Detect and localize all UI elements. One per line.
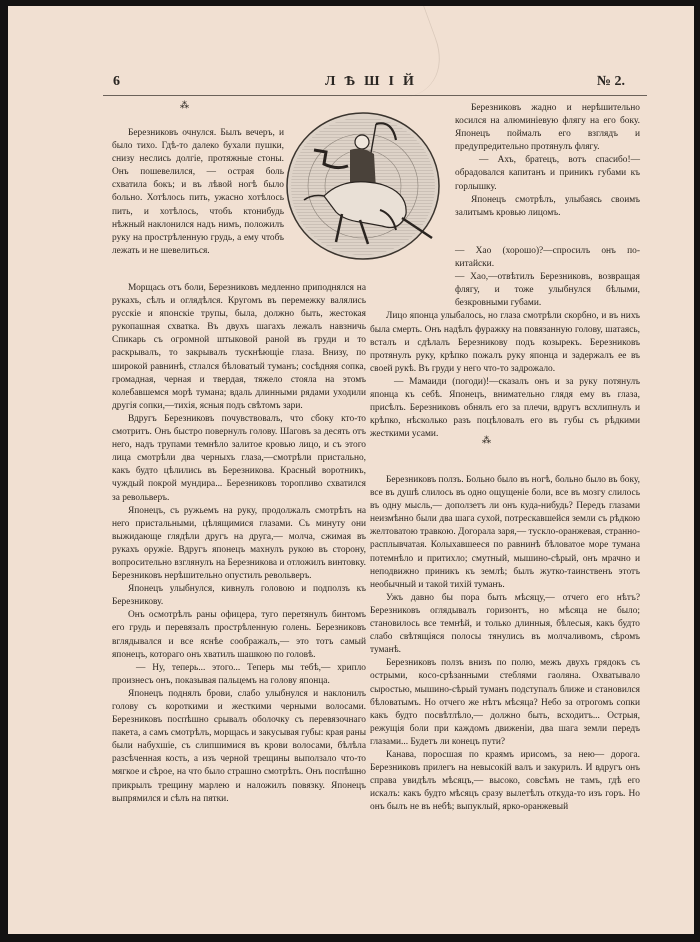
death-riding-bull-illustration: [284, 110, 442, 262]
right-column-main: — Хао (хорошо)?—спросилъ онъ по-китайски…: [370, 245, 640, 441]
paragraph: Березниковъ очнулся. Былъ вечеръ, и было…: [112, 127, 284, 258]
paragraph: Ужъ давно бы пора быть мѣсяцу,— отчего е…: [370, 592, 640, 657]
paragraph: Березниковъ жадно и нерѣшительно косился…: [455, 102, 640, 154]
paragraph: Японецъ улыбнулся, кивнулъ головою и под…: [112, 583, 366, 609]
paragraph: Онъ осмотрѣлъ раны офицера, туго перетян…: [112, 609, 366, 661]
paragraph: Японецъ поднялъ брови, слабо улыбнулся и…: [112, 688, 366, 806]
right-column-section-two: Березниковъ ползъ. Больно было въ ногѣ, …: [370, 474, 640, 814]
dialog-paragraph: — Хао (хорошо)?—спросилъ онъ по-китайски…: [370, 245, 640, 271]
dialog-paragraph: — Хао,—отвѣтилъ Березниковъ, возвращая ф…: [370, 271, 640, 310]
issue-number: № 2.: [597, 74, 625, 90]
paragraph: Вдругъ Березниковъ почувствовалъ, что сб…: [112, 413, 366, 505]
journal-title: ЛѢШІЙ: [325, 74, 423, 90]
dialog-paragraph: — Мамаиди (погоди)!—сказалъ онъ и за рук…: [370, 376, 640, 441]
page-number: 6: [113, 74, 120, 90]
paragraph: Лицо японца улыбалось, но глаза смотрѣли…: [370, 310, 640, 375]
paragraph: Березниковъ ползъ. Больно было въ ногѣ, …: [370, 474, 640, 592]
paragraph: Японецъ смотрѣлъ, улыбаясь своимъ залиты…: [455, 194, 640, 220]
left-column-main: Морщась отъ боли, Березниковъ медленно п…: [112, 282, 366, 806]
header-rule: [103, 95, 647, 96]
right-column-top: Березниковъ жадно и нерѣшительно косился…: [455, 102, 640, 220]
dialog-paragraph: — Ну, теперь... этого... Теперь мы тебѣ,…: [112, 662, 366, 688]
asterism-top: ⁂: [180, 101, 192, 111]
paragraph: Морщась отъ боли, Березниковъ медленно п…: [112, 282, 366, 413]
paragraph: Канава, поросшая по краямъ ирисомъ, за н…: [370, 749, 640, 814]
paragraph: Японецъ, съ ружьемъ на руку, продолжалъ …: [112, 505, 366, 584]
dialog-paragraph: — Ахъ, братецъ, вотъ спасибо!—обрадовалс…: [455, 154, 640, 193]
left-column-intro: Березниковъ очнулся. Былъ вечеръ, и было…: [112, 127, 284, 258]
running-header: 6 ЛѢШІЙ № 2.: [103, 74, 647, 96]
paragraph: Березниковъ ползъ внизъ по полю, межъ дв…: [370, 657, 640, 749]
